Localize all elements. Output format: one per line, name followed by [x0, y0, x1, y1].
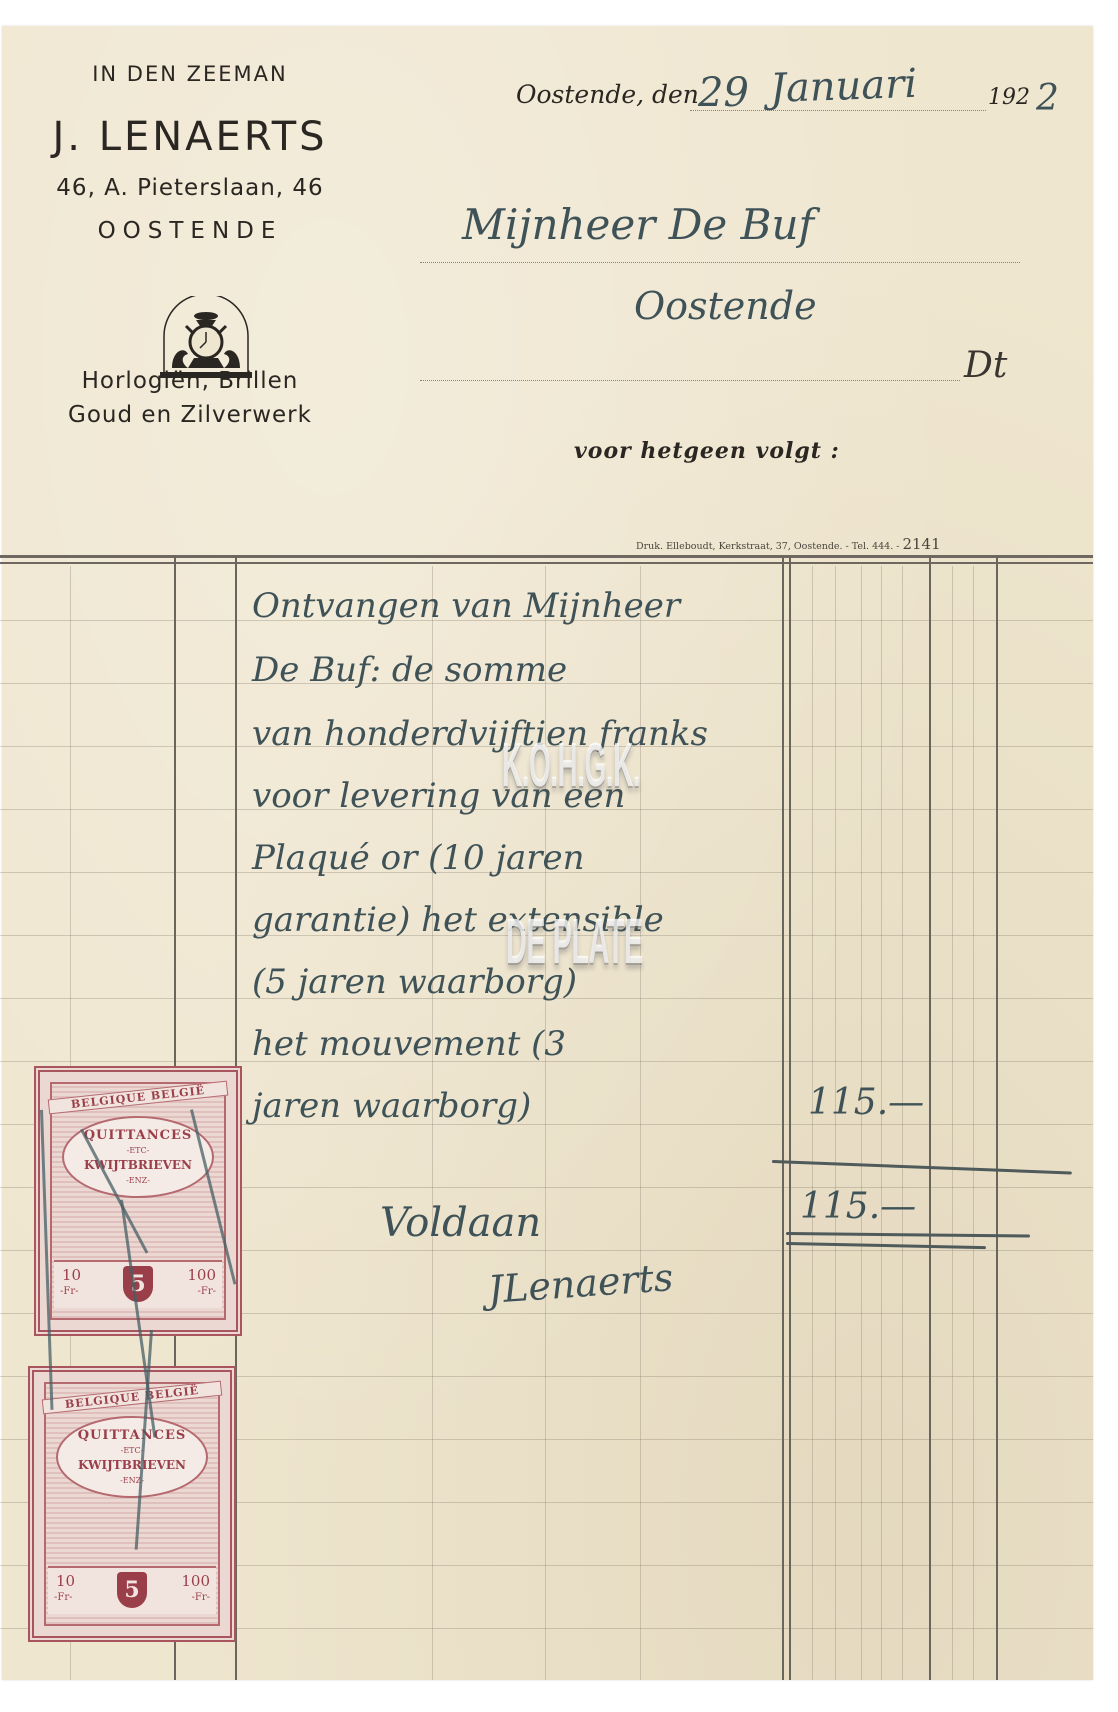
- stamp-value-panel: 10 5 100 -Fr- -Fr-: [54, 1260, 222, 1308]
- printer-text: Druk. Elleboudt, Kerkstraat, 37, Oostend…: [636, 541, 899, 552]
- stamp-etc: -ETC-: [58, 1446, 206, 1455]
- stamp-title-fr: QUITTANCES: [58, 1428, 206, 1443]
- stamp-value-right: 100: [187, 1266, 216, 1284]
- stamp-oval: QUITTANCES -ETC- KWIJTBRIEVEN -ENZ-: [56, 1416, 208, 1498]
- body-line: Ontvangen van Mijnheer: [252, 586, 680, 626]
- stamp-unit-right: -Fr-: [198, 1286, 216, 1297]
- date-day: 29: [698, 70, 749, 116]
- stamp-enz: -ENZ-: [64, 1176, 212, 1185]
- subtitle-follows: voor hetgeen volgt :: [574, 438, 840, 464]
- stamp-value-panel: 10 5 100 -Fr- -Fr-: [48, 1566, 216, 1614]
- addressee-dotted-line: [420, 262, 1020, 263]
- shop-address: 46, A. Pieterslaan, 46: [40, 175, 340, 201]
- stamp-etc: -ETC-: [64, 1146, 212, 1155]
- addressee-name: Mijnheer De Buf: [462, 200, 814, 249]
- stamp-value-shield: 5: [117, 1572, 147, 1608]
- watermark-line1: K.O.H.G.K.: [502, 730, 640, 801]
- body-line: Plaqué or (10 jaren: [252, 838, 585, 878]
- date-month: Januari: [769, 61, 918, 112]
- stamp-title-nl: KWIJTBRIEVEN: [64, 1158, 212, 1172]
- form-number: 2141: [902, 535, 940, 553]
- date-year-printed: 192: [988, 85, 1030, 110]
- stamp-value-right: 100: [181, 1572, 210, 1590]
- stamp-unit-left: -Fr-: [54, 1592, 72, 1603]
- trade-line-gold: Goud en Zilverwerk: [40, 402, 340, 428]
- line-amount: 115.—: [808, 1082, 924, 1123]
- trade-line-watches: Horlogiën, Brillen: [40, 368, 340, 394]
- printer-imprint: Druk. Elleboudt, Kerkstraat, 37, Oostend…: [636, 535, 941, 553]
- watermark-line2: DE PLATE: [506, 904, 643, 978]
- stamp-value-left: 10: [56, 1572, 75, 1590]
- date-prefix: Oostende, den: [516, 80, 699, 109]
- revenue-stamp: BELGIQUE BELGIË QUITTANCES -ETC- KWIJTBR…: [28, 1366, 236, 1642]
- revenue-stamp: BELGIQUE BELGIË QUITTANCES -ETC- KWIJTBR…: [34, 1066, 242, 1336]
- stamp-title-nl: KWIJTBRIEVEN: [58, 1458, 206, 1472]
- stamp-enz: -ENZ-: [58, 1476, 206, 1485]
- owner-name: J. LENAERTS: [40, 114, 340, 160]
- stamp-unit-left: -Fr-: [60, 1286, 78, 1297]
- stamp-value-left: 10: [62, 1266, 81, 1284]
- shop-name: IN DEN ZEEMAN: [40, 62, 340, 86]
- stamp-oval: QUITTANCES -ETC- KWIJTBRIEVEN -ENZ-: [62, 1116, 214, 1198]
- stamp-value-shield: 5: [123, 1266, 153, 1302]
- body-line: De Buf: de somme: [252, 650, 567, 690]
- total-amount: 115.—: [800, 1186, 916, 1227]
- body-line: jaren waarborg): [252, 1086, 531, 1126]
- paid-note: Voldaan: [380, 1200, 541, 1246]
- addressee-dotted-line-2: [420, 380, 960, 381]
- date-year-handwritten: 2: [1036, 78, 1059, 119]
- stamp-unit-right: -Fr-: [192, 1592, 210, 1603]
- body-line: het mouvement (3: [252, 1024, 566, 1064]
- shop-city: OOSTENDE: [40, 218, 340, 244]
- debtor-mark: Dt: [964, 345, 1007, 386]
- addressee-city: Oostende: [634, 284, 817, 328]
